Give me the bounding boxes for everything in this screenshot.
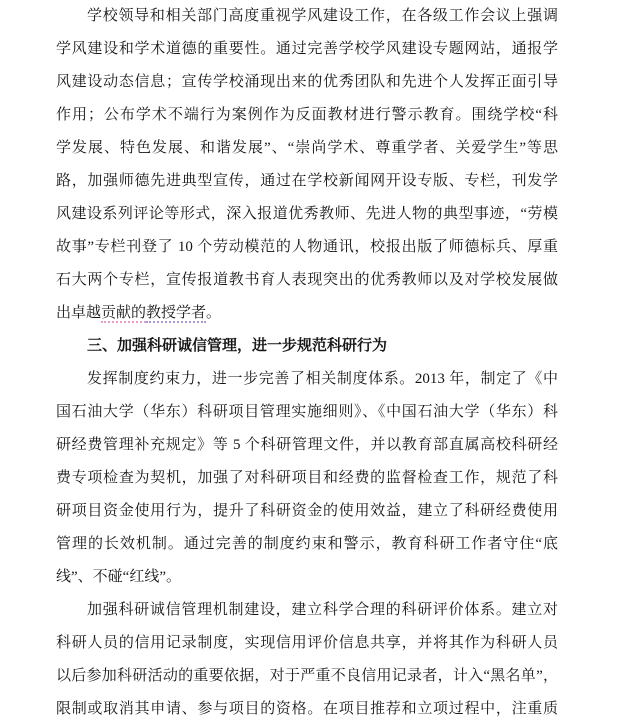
text-line: 作用；公布学术不端行为案例作为反面教材进行警示教育。围绕学校“科 — [56, 99, 558, 132]
text-line: 风建设动态信息；宣传学校涌现出来的优秀团队和先进个人发挥正面引导 — [56, 66, 558, 99]
text-line: 出卓越贡献的教授学者。 — [56, 297, 558, 330]
text-line: 科研人员的信用记录制度，实现信用评价信息共享，并将其作为科研人员 — [56, 627, 558, 660]
text-line: 故事”专栏刊登了 10 个劳动模范的人物通讯，校报出版了师德标兵、厚重 — [56, 231, 558, 264]
section-heading: 三、加强科研诚信管理，进一步规范科研行为 — [56, 330, 558, 363]
spellcheck-underlined-text: 教授学者 — [146, 305, 206, 323]
text-segment: 出卓越 — [56, 305, 101, 321]
text-line: 费专项检查为契机，加强了对科研项目和经费的监督检查工作，规范了科 — [56, 462, 558, 495]
text-line: 限制或取消其申请、参与项目的资格。在项目推荐和立项过程中，注重质 — [56, 693, 558, 724]
text-line: 学校领导和相关部门高度重视学风建设工作，在各级工作会议上强调 — [56, 0, 558, 33]
text-line: 石大两个专栏，宣传报道教书育人表现突出的优秀教师以及对学校发展做 — [56, 264, 558, 297]
text-line: 学风建设和学术道德的重要性。通过完善学校学风建设专题网站，通报学 — [56, 33, 558, 66]
text-line: 管理的长效机制。通过完善的制度约束和警示，教育科研工作者守住“底 — [56, 528, 558, 561]
text-line: 国石油大学（华东）科研项目管理实施细则》、《中国石油大学（华东）科 — [56, 396, 558, 429]
text-line: 线”、不碰“红线”。 — [56, 561, 558, 594]
text-segment: 。 — [206, 305, 221, 321]
spellcheck-underlined-text: 贡献的 — [101, 305, 146, 323]
text-line: 发挥制度约束力，进一步完善了相关制度体系。2013 年，制定了《中 — [56, 363, 558, 396]
text-line: 研经费管理补充规定》等 5 个科研管理文件，并以教育部直属高校科研经 — [56, 429, 558, 462]
text-line: 以后参加科研活动的重要依据，对于严重不良信用记录者，计入“黑名单”， — [56, 660, 558, 693]
text-line: 路，加强师德先进典型宣传，通过在学校新闻网开设专版、专栏，刊发学 — [56, 165, 558, 198]
text-line: 学发展、特色发展、和谐发展”、“崇尚学术、尊重学者、关爱学生”等思 — [56, 132, 558, 165]
document-page: 学校领导和相关部门高度重视学风建设工作，在各级工作会议上强调学风建设和学术道德的… — [0, 0, 625, 724]
text-line: 加强科研诚信管理机制建设，建立科学合理的科研评价体系。建立对 — [56, 594, 558, 627]
text-line: 风建设系列评论等形式，深入报道优秀教师、先进人物的典型事迹，“劳模 — [56, 198, 558, 231]
text-line: 研项目资金使用行为，提升了科研资金的使用效益，建立了科研经费使用 — [56, 495, 558, 528]
